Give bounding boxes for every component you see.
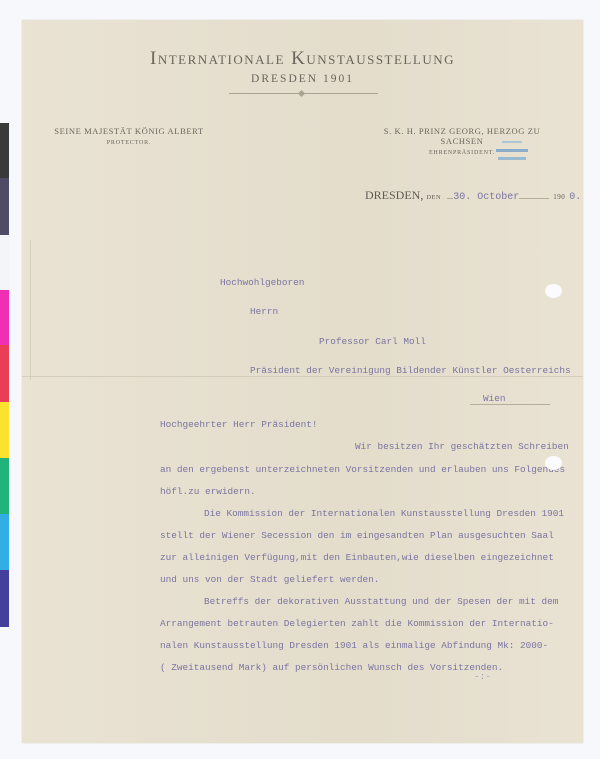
paragraph-1-line-3: höfl.zu erwidern.: [160, 486, 256, 497]
color-swatch-yellow: [0, 402, 9, 458]
paragraph-3-line-2: Arrangement betrauten Delegierten zahlt …: [160, 618, 554, 629]
closing-mark: -:-: [474, 671, 491, 682]
color-swatch-magenta: [0, 290, 9, 345]
address-city: Wien: [483, 393, 506, 404]
punch-hole-bottom: [545, 456, 562, 470]
address-recipient-title: Präsident der Vereinigung Bildender Küns…: [250, 365, 571, 376]
date-line: DRESDEN,DEN30. October1900.: [365, 188, 581, 203]
color-swatch-white: [0, 235, 9, 290]
date-den: DEN: [426, 194, 441, 201]
paragraph-1-line-2: an den ergebenst unterzeichneten Vorsitz…: [160, 464, 565, 475]
left-patron: Seine Majestät König Albert Protector.: [54, 126, 204, 146]
punch-hole-top: [545, 284, 562, 298]
letterhead-title: Internationale Kunstausstellung: [22, 48, 583, 70]
right-patron: S. K. H. Prinz Georg, Herzog zu Sachsen …: [362, 126, 562, 156]
paragraph-3-line-3: nalen Kunstausstellung Dresden 1901 als …: [160, 640, 548, 651]
color-swatch-green: [0, 458, 9, 514]
address-line-2: Herrn: [250, 306, 278, 317]
paragraph-3-line-4: ( Zweitausend Mark) auf persönlichen Wun…: [160, 662, 503, 673]
margin-crease: [30, 240, 31, 380]
ornament-divider: [229, 93, 378, 94]
paragraph-2-line-1: Die Kommission der Internationalen Kunst…: [204, 508, 564, 519]
fold-line: [22, 376, 583, 377]
paragraph-2-line-2: stellt der Wiener Secession den im einge…: [160, 530, 554, 541]
color-swatch-cyan: [0, 514, 9, 570]
paragraph-2-line-4: und uns von der Stadt geliefert werden.: [160, 574, 379, 585]
color-swatch-dark-gray: [0, 123, 9, 178]
address-line-1: Hochwohlgeboren: [220, 277, 304, 288]
date-place: DRESDEN,: [365, 188, 423, 202]
color-swatch-slate: [0, 178, 9, 235]
date-year-prefix: 190: [553, 193, 565, 201]
paragraph-2-line-3: zur alleinigen Verfügung,mit den Einbaut…: [160, 552, 554, 563]
city-underline: [470, 404, 550, 405]
color-swatch-indigo: [0, 570, 9, 627]
address-recipient-name: Professor Carl Moll: [319, 336, 426, 347]
paragraph-3-line-1: Betreffs der dekorativen Ausstattung und…: [204, 596, 558, 607]
letter-page: Internationale Kunstausstellung DRESDEN …: [22, 20, 583, 743]
right-patron-role: Ehrenpräsident.: [362, 150, 562, 156]
date-year-suffix: 0.: [569, 192, 581, 203]
left-patron-name: Seine Majestät König Albert: [54, 126, 204, 136]
paragraph-1-line-1: Wir besitzen Ihr geschätzten Schreiben: [355, 441, 569, 452]
salutation: Hochgeehrter Herr Präsident!: [160, 419, 318, 430]
letterhead-subtitle: DRESDEN 1901: [22, 73, 583, 85]
archive-stamp-icon: [492, 138, 532, 164]
left-patron-role: Protector.: [54, 140, 204, 146]
date-day-month: 30. October: [453, 192, 519, 203]
right-patron-name: S. K. H. Prinz Georg, Herzog zu Sachsen: [362, 126, 562, 146]
color-swatch-red: [0, 345, 9, 402]
